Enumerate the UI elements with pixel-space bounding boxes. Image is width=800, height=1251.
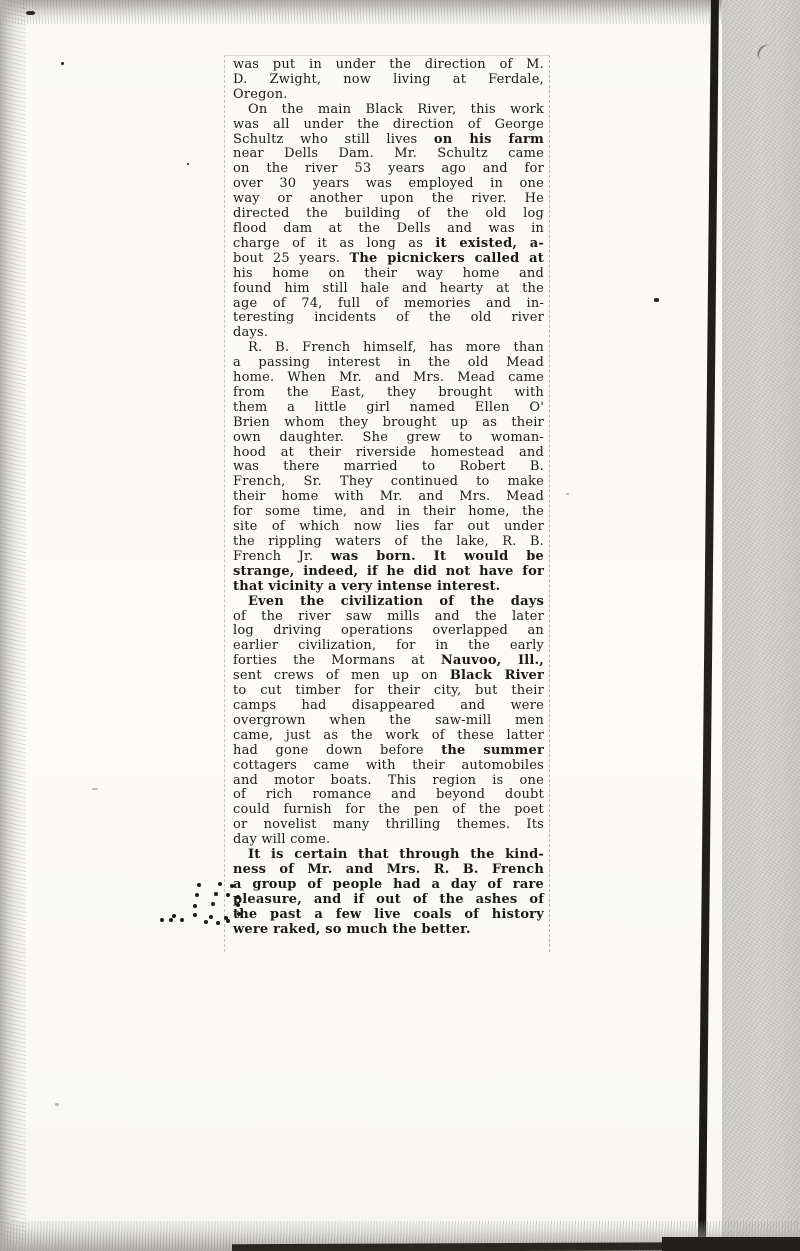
text-segment: his home on their way home and bbox=[233, 266, 544, 281]
perforation-dot bbox=[160, 918, 164, 922]
perforation-dot bbox=[236, 903, 240, 907]
text-segment: was all under the direction of George bbox=[233, 117, 544, 132]
text-segment: log driving operations overlapped an bbox=[233, 623, 544, 638]
text-segment: them a little girl named Ellen O' bbox=[233, 400, 544, 415]
paper-speck bbox=[55, 1103, 59, 1106]
text-segment: sent crews of men up on bbox=[233, 668, 450, 683]
text-segment: found him still hale and hearty at the bbox=[233, 281, 544, 296]
article-line: home. When Mr. and Mrs. Mead came bbox=[233, 371, 544, 386]
article-line: own daughter. She grew to woman- bbox=[233, 431, 544, 446]
perforation-dot bbox=[218, 882, 222, 886]
article-line: on the river 53 years ago and for bbox=[233, 162, 544, 177]
text-segment: charge of it as long as bbox=[233, 236, 435, 251]
scanned-newspaper-page: was put in under the direction of M.D. Z… bbox=[0, 0, 800, 1251]
article-line: Schultz who still lives on his farm bbox=[233, 133, 544, 148]
scan-edge-top bbox=[0, 0, 800, 24]
text-segment: Oregon. bbox=[233, 87, 288, 102]
perforation-dot bbox=[204, 920, 208, 924]
article-line: or novelist many thrilling themes. Its bbox=[233, 818, 544, 833]
article-line: French Jr. was born. It would be bbox=[233, 550, 544, 565]
text-segment: way or another upon the river. He bbox=[233, 191, 544, 206]
article-line: log driving operations overlapped an bbox=[233, 624, 544, 639]
perforation-dot bbox=[237, 912, 241, 916]
perforation-dot bbox=[197, 883, 201, 887]
text-segment: day will come. bbox=[233, 832, 330, 847]
text-segment: On the main Black River, this work bbox=[248, 102, 544, 117]
article-line: site of which now lies far out under bbox=[233, 520, 544, 535]
text-segment: near Dells Dam. Mr. Schultz came bbox=[233, 146, 544, 161]
text-segment: over 30 years was employed in one bbox=[233, 176, 544, 191]
bold-text-segment: strange, indeed, if he did not have for bbox=[233, 564, 544, 579]
paper-speck bbox=[187, 163, 189, 165]
article-line: forties the Mormans at Nauvoo, Ill., bbox=[233, 654, 544, 669]
text-segment: or novelist many thrilling themes. Its bbox=[233, 817, 544, 832]
bold-text-segment: a group of people had a day of rare bbox=[233, 877, 544, 892]
text-segment: of the river saw mills and the later bbox=[233, 609, 544, 624]
text-segment: could furnish for the pen of the poet bbox=[233, 802, 544, 817]
bold-text-segment: Nauvoo, Ill., bbox=[441, 653, 544, 668]
text-segment: overgrown when the saw-mill men bbox=[233, 713, 544, 728]
text-segment: teresting incidents of the old river bbox=[233, 310, 544, 325]
text-segment: French, Sr. They continued to make bbox=[233, 474, 544, 489]
perforation-dot bbox=[172, 914, 176, 918]
article-line: that vicinity a very intense interest. bbox=[233, 580, 544, 595]
perforation-dot bbox=[236, 895, 240, 899]
article-line: French, Sr. They continued to make bbox=[233, 475, 544, 490]
article-line: could furnish for the pen of the poet bbox=[233, 803, 544, 818]
perforation-dot bbox=[209, 915, 213, 919]
text-segment: hood at their riverside homestead and bbox=[233, 445, 544, 460]
article-line: had gone down before the summer bbox=[233, 744, 544, 759]
text-segment: French Jr. bbox=[233, 549, 331, 564]
bold-text-segment: the past a few live coals of history bbox=[233, 907, 544, 922]
article-line: were raked, so much the better. bbox=[233, 923, 544, 938]
article-line: cottagers came with their automobiles bbox=[233, 759, 544, 774]
article-line: On the main Black River, this work bbox=[233, 103, 544, 118]
article-line: overgrown when the saw-mill men bbox=[233, 714, 544, 729]
paper-speck bbox=[61, 62, 64, 65]
article-line: them a little girl named Ellen O' bbox=[233, 401, 544, 416]
bold-text-segment: were raked, so much the better. bbox=[233, 922, 471, 937]
bold-text-segment: it existed, a- bbox=[435, 236, 544, 251]
article-line: from the East, they brought with bbox=[233, 386, 544, 401]
paper-speck bbox=[26, 11, 35, 15]
article-line: over 30 years was employed in one bbox=[233, 177, 544, 192]
book-spine-line bbox=[698, 0, 719, 1251]
article-line: for some time, and in their home, the bbox=[233, 505, 544, 520]
text-segment: cottagers came with their automobiles bbox=[233, 758, 544, 773]
text-segment: earlier civilization, for in the early bbox=[233, 638, 544, 653]
article-line: of rich romance and beyond doubt bbox=[233, 788, 544, 803]
adjacent-page-edge bbox=[722, 0, 800, 1251]
bold-text-segment: ness of Mr. and Mrs. R. B. French bbox=[233, 862, 544, 877]
article-line: teresting incidents of the old river bbox=[233, 311, 544, 326]
bold-text-segment: pleasure, and if out of the ashes of bbox=[233, 892, 544, 907]
text-segment: came, just as the work of these latter bbox=[233, 728, 544, 743]
article-line: a passing interest in the old Mead bbox=[233, 356, 544, 371]
article-text: was put in under the direction of M.D. Z… bbox=[233, 58, 544, 937]
perforation-dot bbox=[226, 893, 230, 897]
article-line: charge of it as long as it existed, a- bbox=[233, 237, 544, 252]
text-segment: of rich romance and beyond doubt bbox=[233, 787, 544, 802]
text-segment: forties the Mormans at bbox=[233, 653, 441, 668]
perforation-dot bbox=[214, 892, 218, 896]
text-segment: age of 74, full of memories and in- bbox=[233, 296, 544, 311]
bold-text-segment: It is certain that through the kind- bbox=[248, 847, 544, 862]
article-line: the past a few live coals of history bbox=[233, 908, 544, 923]
article-line: camps had disappeared and were bbox=[233, 699, 544, 714]
bold-text-segment: the summer bbox=[441, 743, 544, 758]
article-line: Oregon. bbox=[233, 88, 544, 103]
text-segment: the rippling waters of the lake, R. B. bbox=[233, 534, 544, 549]
text-segment: for some time, and in their home, the bbox=[233, 504, 544, 519]
text-segment: site of which now lies far out under bbox=[233, 519, 544, 534]
article-line: came, just as the work of these latter bbox=[233, 729, 544, 744]
bold-text-segment: Even the civilization of the days bbox=[248, 594, 544, 609]
bold-text-segment: on his farm bbox=[434, 132, 544, 147]
text-segment: had gone down before bbox=[233, 743, 441, 758]
text-segment: Brien whom they brought up as their bbox=[233, 415, 544, 430]
text-segment: and motor boats. This region is one bbox=[233, 773, 544, 788]
text-segment: was there married to Robert B. bbox=[233, 459, 544, 474]
text-segment: D. Zwight, now living at Ferdale, bbox=[233, 72, 544, 87]
article-line: earlier civilization, for in the early bbox=[233, 639, 544, 654]
article-line: hood at their riverside homestead and bbox=[233, 446, 544, 461]
article-line: It is certain that through the kind- bbox=[233, 848, 544, 863]
article-line: age of 74, full of memories and in- bbox=[233, 297, 544, 312]
perforation-dot bbox=[193, 913, 197, 917]
article-line: to cut timber for their city, but their bbox=[233, 684, 544, 699]
article-line: R. B. French himself, has more than bbox=[233, 341, 544, 356]
text-segment: on the river 53 years ago and for bbox=[233, 161, 544, 176]
perforation-dot bbox=[195, 893, 199, 897]
article-line: day will come. bbox=[233, 833, 544, 848]
perforation-dot bbox=[211, 902, 215, 906]
article-line: was put in under the direction of M. bbox=[233, 58, 544, 73]
article-line: pleasure, and if out of the ashes of bbox=[233, 893, 544, 908]
article-line: strange, indeed, if he did not have for bbox=[233, 565, 544, 580]
article-line: bout 25 years. The picnickers called at bbox=[233, 252, 544, 267]
text-segment: directed the building of the old log bbox=[233, 206, 544, 221]
article-line: was all under the direction of George bbox=[233, 118, 544, 133]
text-segment: was put in under the direction of M. bbox=[233, 57, 544, 72]
text-segment: flood dam at the Dells and was in bbox=[233, 221, 544, 236]
article-line: of the river saw mills and the later bbox=[233, 610, 544, 625]
bold-text-segment: Black River bbox=[450, 668, 544, 683]
article-line: near Dells Dam. Mr. Schultz came bbox=[233, 147, 544, 162]
text-segment: R. B. French himself, has more than bbox=[248, 340, 544, 355]
article-line: sent crews of men up on Black River bbox=[233, 669, 544, 684]
bold-text-segment: was born. It would be bbox=[331, 549, 544, 564]
text-segment: days. bbox=[233, 325, 268, 340]
article-line: flood dam at the Dells and was in bbox=[233, 222, 544, 237]
article-line: a group of people had a day of rare bbox=[233, 878, 544, 893]
bold-text-segment: The picnickers called at bbox=[350, 251, 544, 266]
perforation-dot bbox=[226, 919, 230, 923]
text-segment: their home with Mr. and Mrs. Mead bbox=[233, 489, 544, 504]
text-segment: home. When Mr. and Mrs. Mead came bbox=[233, 370, 544, 385]
text-segment: a passing interest in the old Mead bbox=[233, 355, 544, 370]
article-line: days. bbox=[233, 326, 544, 341]
perforation-dot bbox=[169, 918, 173, 922]
perforation-dot bbox=[193, 904, 197, 908]
perforation-dot bbox=[230, 884, 234, 888]
text-segment: Schultz who still lives bbox=[233, 132, 434, 147]
article-line: directed the building of the old log bbox=[233, 207, 544, 222]
text-segment: bout 25 years. bbox=[233, 251, 350, 266]
paper-speck bbox=[92, 788, 98, 790]
text-segment: to cut timber for their city, but their bbox=[233, 683, 544, 698]
article-line: their home with Mr. and Mrs. Mead bbox=[233, 490, 544, 505]
text-segment: camps had disappeared and were bbox=[233, 698, 544, 713]
perforation-dot bbox=[216, 921, 220, 925]
perforation-dot bbox=[180, 918, 184, 922]
article-line: was there married to Robert B. bbox=[233, 460, 544, 475]
scan-edge-left bbox=[0, 0, 26, 1251]
text-segment: from the East, they brought with bbox=[233, 385, 544, 400]
article-line: and motor boats. This region is one bbox=[233, 774, 544, 789]
article-line: found him still hale and hearty at the bbox=[233, 282, 544, 297]
article-line: Even the civilization of the days bbox=[233, 595, 544, 610]
text-segment: own daughter. She grew to woman- bbox=[233, 430, 544, 445]
scan-bottom-shadow-right bbox=[662, 1237, 800, 1251]
paper-speck bbox=[654, 298, 659, 302]
article-line: his home on their way home and bbox=[233, 267, 544, 282]
article-line: ness of Mr. and Mrs. R. B. French bbox=[233, 863, 544, 878]
article-line: D. Zwight, now living at Ferdale, bbox=[233, 73, 544, 88]
bold-text-segment: that vicinity a very intense interest. bbox=[233, 579, 500, 594]
article-line: Brien whom they brought up as their bbox=[233, 416, 544, 431]
article-line: way or another upon the river. He bbox=[233, 192, 544, 207]
article-line: the rippling waters of the lake, R. B. bbox=[233, 535, 544, 550]
paper-speck bbox=[566, 493, 569, 495]
